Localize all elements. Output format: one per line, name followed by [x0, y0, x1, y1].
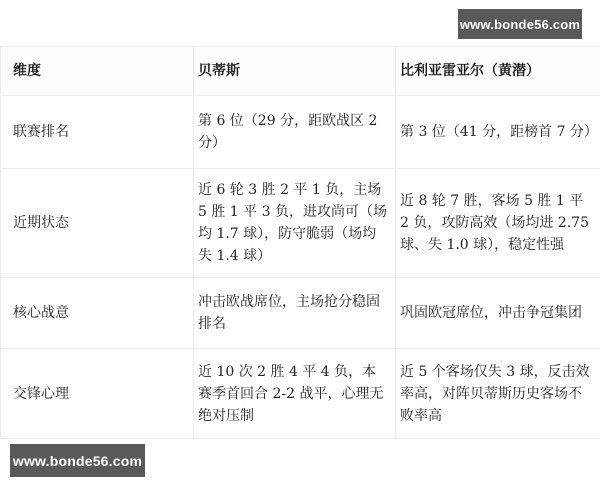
column-header-dimension: 维度 — [1, 47, 194, 96]
table-row-head-to-head: 交锋心理 近 10 次 2 胜 4 平 4 负，本赛季首回合 2-2 战平，心理… — [1, 349, 600, 439]
column-header-betis: 贝蒂斯 — [194, 47, 396, 96]
betis-cell: 近 6 轮 3 胜 2 平 1 负，主场 5 胜 1 平 3 负，进攻尚可（场均… — [194, 169, 396, 278]
betis-cell: 近 10 次 2 胜 4 平 4 负，本赛季首回合 2-2 战平，心理无绝对压制 — [194, 349, 396, 439]
table-row-league-ranking: 联赛排名 第 6 位（29 分，距欧战区 2 分） 第 3 位（41 分，距榜首… — [1, 96, 600, 169]
watermark-bottom: www.bonde56.com — [10, 444, 145, 477]
row-label: 核心战意 — [1, 278, 194, 349]
watermark-top: www.bonde56.com — [458, 9, 582, 39]
betis-cell: 第 6 位（29 分，距欧战区 2 分） — [194, 96, 396, 169]
villarreal-cell: 近 8 轮 7 胜，客场 5 胜 1 平 2 负，攻防高效（场均进 2.75 球… — [396, 169, 600, 278]
row-label: 交锋心理 — [1, 349, 194, 439]
table-header-row: 维度 贝蒂斯 比利亚雷亚尔（黄潜） — [1, 47, 600, 96]
table-row-core-motivation: 核心战意 冲击欧战席位，主场抢分稳固排名 巩固欧冠席位，冲击争冠集团 — [1, 278, 600, 349]
villarreal-cell: 巩固欧冠席位，冲击争冠集团 — [396, 278, 600, 349]
page: www.bonde56.com 维度 贝蒂斯 比利亚雷亚尔（黄潜） 联赛排名 第… — [0, 0, 600, 480]
comparison-table: 维度 贝蒂斯 比利亚雷亚尔（黄潜） 联赛排名 第 6 位（29 分，距欧战区 2… — [0, 46, 600, 439]
villarreal-cell: 第 3 位（41 分，距榜首 7 分） — [396, 96, 600, 169]
row-label: 近期状态 — [1, 169, 194, 278]
table-row-recent-form: 近期状态 近 6 轮 3 胜 2 平 1 负，主场 5 胜 1 平 3 负，进攻… — [1, 169, 600, 278]
row-label: 联赛排名 — [1, 96, 194, 169]
betis-cell: 冲击欧战席位，主场抢分稳固排名 — [194, 278, 396, 349]
villarreal-cell: 近 5 个客场仅失 3 球，反击效率高，对阵贝蒂斯历史客场不败率高 — [396, 349, 600, 439]
column-header-villarreal: 比利亚雷亚尔（黄潜） — [396, 47, 600, 96]
